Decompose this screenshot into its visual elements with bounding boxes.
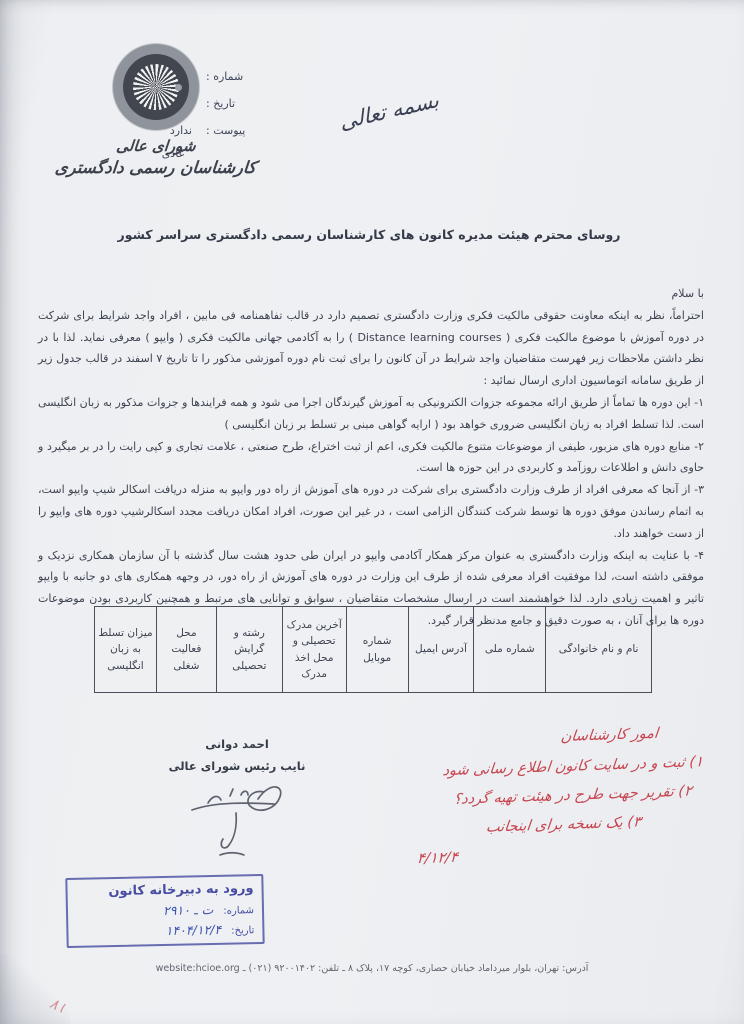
footer-address: آدرس: تهران، بلوار میرداماد خیابان حصاری… [0, 963, 744, 974]
body-paragraph: ۲- منابع دوره های مزبور، طیفی از موضوعات… [38, 436, 704, 480]
besmellah-calligraphy: بسمه تعالی [330, 88, 440, 137]
table-header-row: نام و نام خانوادگی شماره ملی آدرس ایمیل … [95, 607, 652, 693]
col-email: آدرس ایمیل [408, 607, 474, 693]
letterhead: شورای عالی کارشناسان رسمی دادگستری [56, 44, 256, 177]
col-english-level: میزان تسلط به زبان انگلیسی [95, 607, 157, 693]
corner-pagination-mark: ۱۷ [49, 995, 71, 1018]
note-line: ۱) ثبت و در سایت کانون اطلاع رسانی شود [372, 754, 703, 782]
stamp-number-label: شماره: [223, 905, 254, 917]
body-paragraph: ۳- از آنجا که معرفی افراد از طرف وزارت د… [38, 479, 704, 544]
body-paragraph: احتراماً، نظر به اینکه معاونت حقوقی مالک… [38, 305, 704, 392]
salutation: با سلام [38, 283, 704, 305]
col-workplace: محل فعالیت شغلی [156, 607, 216, 693]
stamp-number-value: ت ـ ۲۹۱۰ [163, 902, 214, 918]
secretariat-entry-stamp: ورود به دبیرخانه کانون شماره: ت ـ ۲۹۱۰ ت… [65, 874, 264, 948]
letter-body: با سلام احتراماً، نظر به اینکه معاونت حق… [38, 283, 704, 632]
org-name-line2: کارشناسان رسمی دادگستری [55, 158, 257, 177]
recipient-title: روسای محترم هیئت مدیره کانون های کارشناس… [54, 227, 684, 242]
col-mobile: شماره موبایل [346, 607, 408, 693]
handwritten-notes: امور کارشناسان ۱) ثبت و در سایت کانون اط… [363, 724, 707, 869]
signatory-name: احمد دوانی [122, 737, 352, 751]
notes-heading: امور کارشناسان [375, 726, 659, 752]
note-line: ۳) یک نسخه برای اینجانب [366, 814, 642, 840]
applicant-info-table: نام و نام خانوادگی شماره ملی آدرس ایمیل … [94, 606, 652, 693]
signatory-title: نایب رئیس شورای عالی [122, 759, 352, 773]
col-full-name: نام و نام خانوادگی [546, 607, 652, 693]
col-national-id: شماره ملی [474, 607, 546, 693]
stamp-date-value: ۱۴۰۴/۱۲/۴ [166, 922, 222, 938]
handwritten-signature-icon [162, 773, 312, 863]
org-name-line1: شورای عالی [55, 137, 257, 155]
note-date: ۴/۱۲/۴ [363, 850, 459, 869]
sunburst-emblem-icon [113, 44, 199, 130]
note-line: ۲) تقریر جهت طرح در هیئت تهیه گردد؟ [369, 783, 692, 810]
scanned-letter-page: شماره : ۹۱۰۷/ش/۰۴ تاریخ : ۱۴۰۴/۱۲/۰۳ پیو… [0, 0, 744, 1024]
body-paragraph: ۱- این دوره ها تماماً از طریق ارائه مجمو… [38, 392, 704, 436]
col-last-degree: آخرین مدرک تحصیلی و محل اخذ مدرک [282, 607, 346, 693]
col-field-of-study: رشته و گرایش تحصیلی [216, 607, 282, 693]
signature-block: احمد دوانی نایب رئیس شورای عالی [122, 737, 352, 867]
stamp-title: ورود به دبیرخانه کانون [75, 881, 253, 900]
stamp-number-row: شماره: ت ـ ۲۹۱۰ [76, 901, 254, 920]
stamp-date-label: تاریخ: [231, 925, 255, 936]
stamp-date-row: تاریخ: ۱۴۰۴/۱۲/۴ [76, 921, 254, 940]
